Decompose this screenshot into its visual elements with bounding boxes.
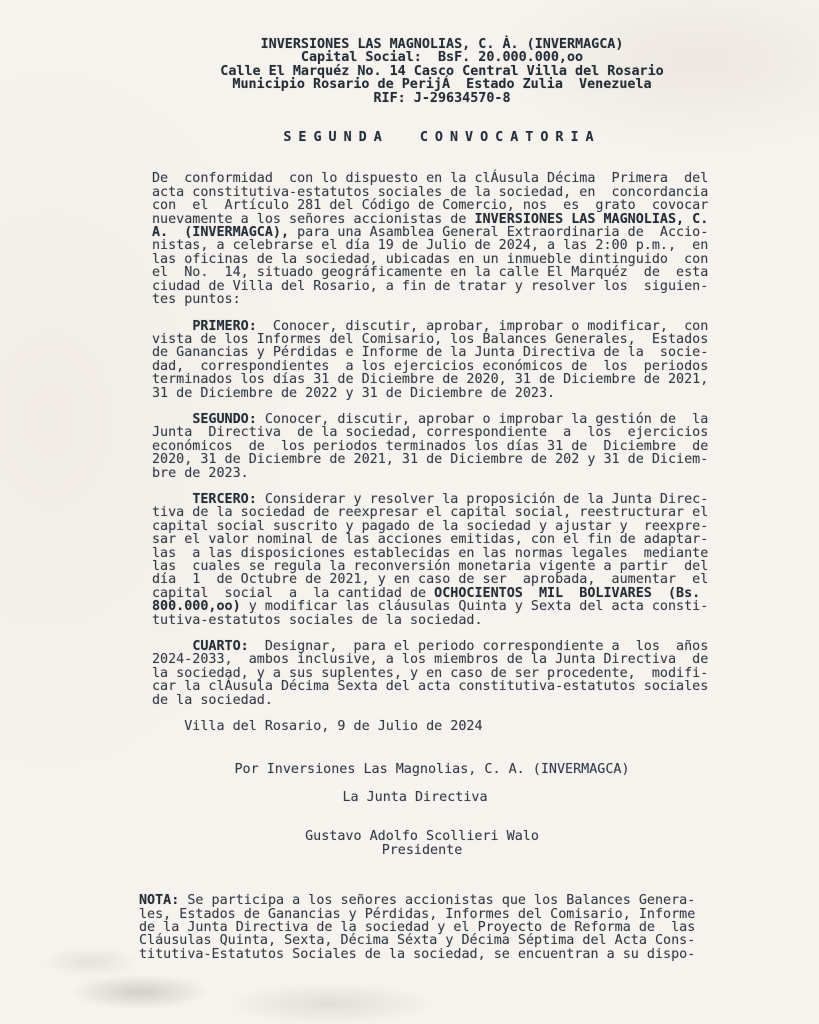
rif-line: RIF: J-29634570-8 [152, 92, 732, 105]
signature-block: Gustavo Adolfo Scollieri Walo Presidente [132, 830, 712, 857]
board-line: La Junta Directiva [125, 791, 705, 804]
signed-for-line: Por Inversiones Las Magnolias, C. A. (IN… [142, 763, 722, 776]
capital-social-line: Capital Social: BsF. 20.000.000,oo [152, 51, 732, 64]
paragraph-segundo: SEGUNDO: Conocer, discutir, aprobar o im… [152, 413, 732, 480]
president-title: Presidente [132, 844, 712, 857]
document-title: SEGUNDA CONVOCATORIA [152, 131, 732, 144]
paragraph-tercero: TERCERO: Considerar y resolver la propos… [152, 493, 732, 627]
scanned-document-page: INVERSIONES LAS MAGNOLIAS, C. Ȧ. (INVERM… [0, 0, 819, 1024]
paragraph-primero: PRIMERO: Conocer, discutir, aprobar, imp… [152, 320, 732, 400]
date-line: Villa del Rosario, 9 de Julio de 2024 [152, 720, 732, 733]
document-body: INVERSIONES LAS MAGNOLIAS, C. Ȧ. (INVERM… [152, 38, 732, 961]
paragraph-cuarto: CUARTO: Designar, para el periodo corres… [152, 640, 732, 707]
letterhead: INVERSIONES LAS MAGNOLIAS, C. Ȧ. (INVERM… [152, 38, 732, 105]
paragraph-intro: De conformidad con lo dispuesto en la cl… [152, 172, 732, 306]
body-text: De conformidad con lo dispuesto en la cl… [152, 172, 732, 961]
address-line-2: Municipio Rosario de PerijÁ Estado Zulia… [152, 78, 732, 91]
paragraph-nota: NOTA: Se participa a los señores accioni… [139, 894, 732, 961]
